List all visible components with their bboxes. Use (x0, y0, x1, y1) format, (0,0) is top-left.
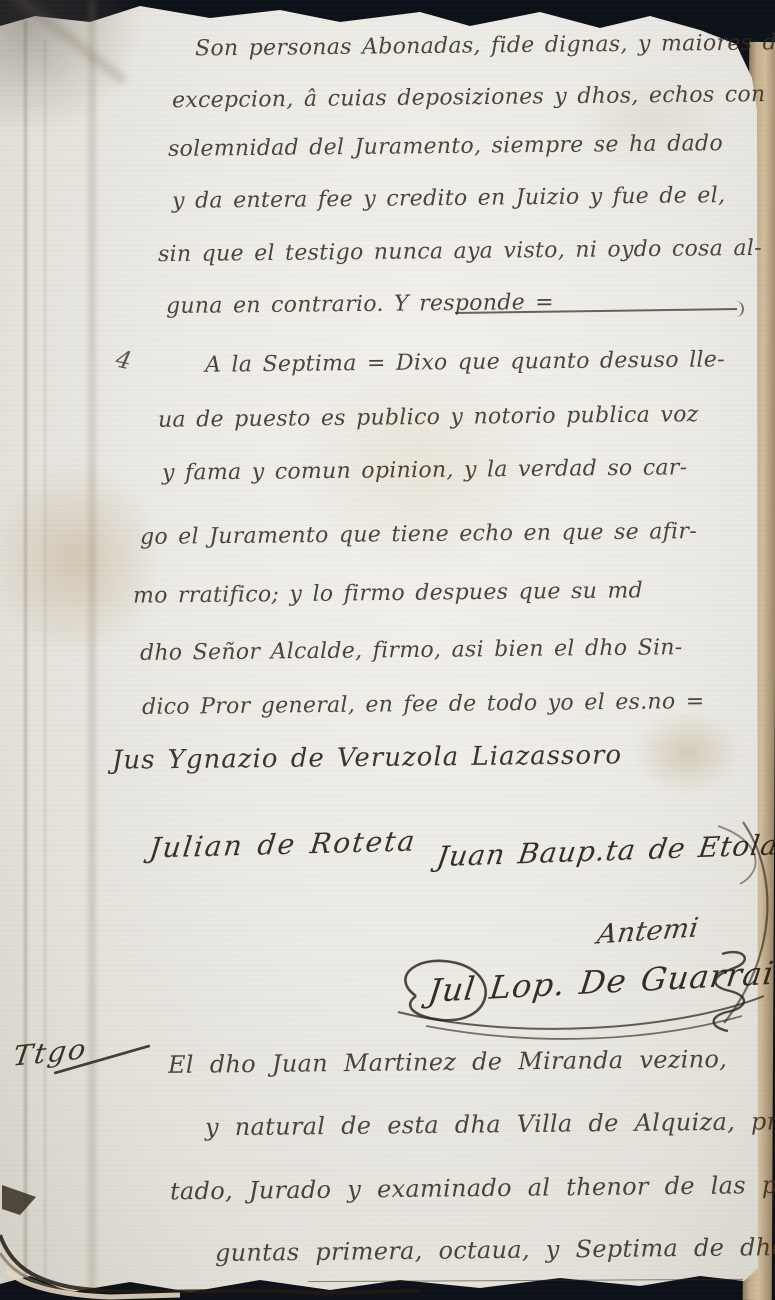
scanned-page-stage: Son personas Abonadas, fide dignas, y ma… (0, 0, 775, 1300)
witness-signature-left: Julian de Roteta (148, 825, 419, 865)
manuscript-line: guna en contrario. Y responde = (166, 290, 554, 319)
manuscript-line: y natural de esta dha Villa de Alquiza, … (205, 1107, 775, 1142)
manuscript-line: guntas primera, octaua, y Septima de dho (215, 1233, 775, 1267)
manuscript-line: El dho Juan Martinez de Miranda vezino, (168, 1045, 727, 1079)
scribe-attestation: Jus Ygnazio de Veruzola Liazassoro (112, 740, 622, 775)
manuscript-line: mo rratifico; y lo firmo despues que su … (133, 578, 643, 608)
